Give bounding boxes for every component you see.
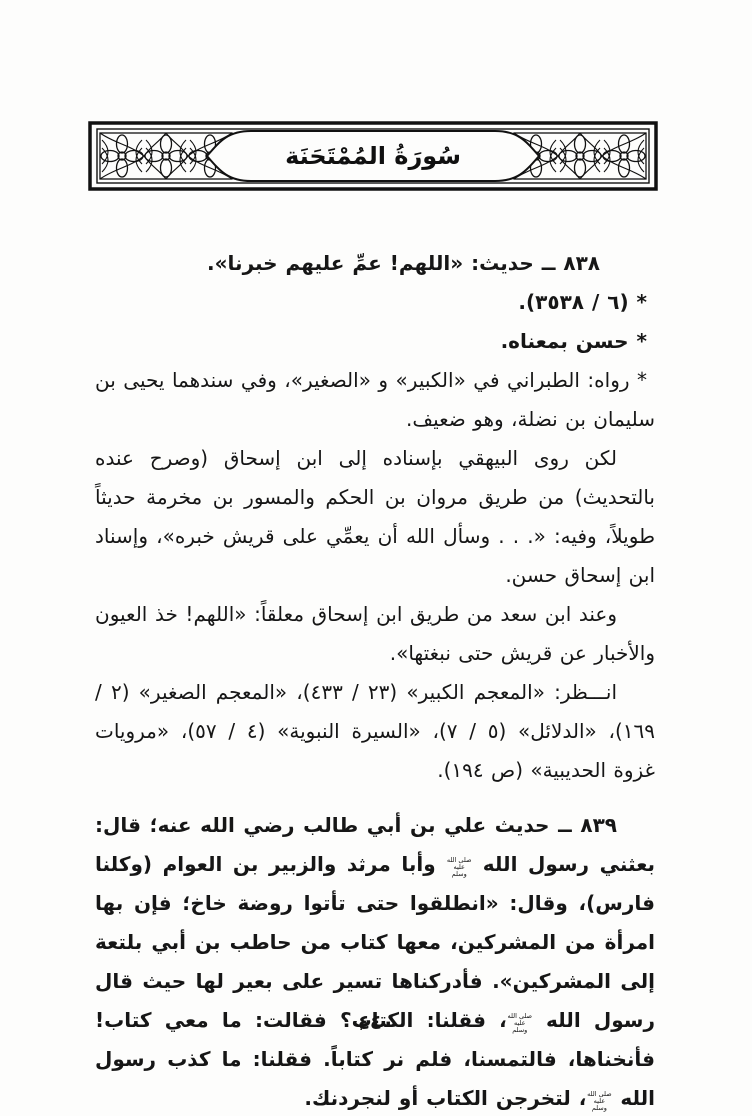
surah-title: سُورَةُ المُمْتَحَنَة bbox=[285, 142, 461, 170]
surah-banner: سُورَةُ المُمْتَحَنَة bbox=[88, 121, 658, 191]
paragraph-see-references: انـــظر: «المعجم الكبير» (٢٣ / ٤٣٣)، «ال… bbox=[95, 673, 655, 790]
hadith-838-grading: * حسن بمعناه. bbox=[95, 322, 655, 361]
page-number: ٤٤٠ bbox=[0, 1010, 752, 1034]
book-page: { "page": { "number": "٤٤٠", "background… bbox=[0, 0, 752, 1116]
hadith-838-reference: * (٦ / ٣٥٣٨). bbox=[95, 283, 655, 322]
saw-ligature: صلى الله عليه وسلم bbox=[586, 1091, 612, 1111]
hadith-838-heading: ٨٣٨ ــ حديث: «اللهم! عمِّ عليهم خبرنا». bbox=[95, 244, 655, 283]
paragraph-bayhaqi-route: لكن روى البيهقي بإسناده إلى ابن إسحاق (و… bbox=[95, 439, 655, 595]
paragraph-ibn-saad-route: وعند ابن سعد من طريق ابن إسحاق معلقاً: «… bbox=[95, 595, 655, 673]
hadith-838-takhrij: * رواه: الطبراني في «الكبير» و «الصغير»،… bbox=[95, 361, 655, 439]
page-body: ٨٣٨ ــ حديث: «اللهم! عمِّ عليهم خبرنا». … bbox=[95, 244, 655, 1116]
banner-ornament-frame: سُورَةُ المُمْتَحَنَة bbox=[88, 121, 658, 191]
hadith-839-text: ٨٣٩ ــ حديث علي بن أبي طالب رضي الله عنه… bbox=[95, 806, 655, 1116]
saw-ligature: صلى الله عليه وسلم bbox=[446, 857, 472, 877]
